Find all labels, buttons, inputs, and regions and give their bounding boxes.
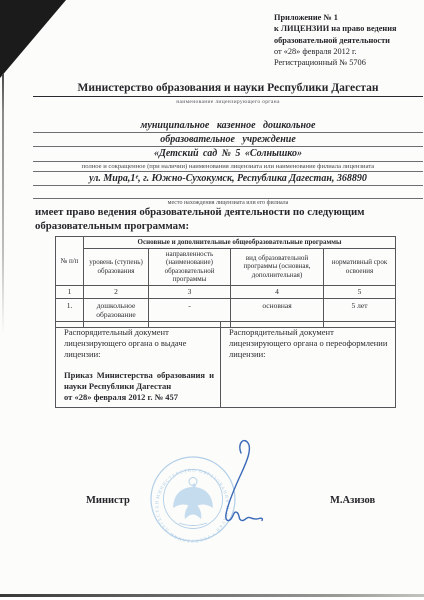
scan-corner-artifact	[0, 0, 66, 78]
orders-row: Распорядительный документ лицензирующего…	[56, 322, 396, 408]
licensee-name-caption: полное и сокращенное (при наличии) наиме…	[33, 162, 423, 173]
seal-banner	[179, 523, 207, 526]
licensee-name-line1: муниципальное казенное дошкольное	[33, 113, 423, 133]
annex-activity-line: образовательной деятельности	[274, 35, 420, 46]
table-row-column-numbers: 1 2 3 4 5	[56, 285, 396, 298]
minister-title: Министр	[86, 495, 130, 506]
col-number: 3	[149, 285, 231, 298]
annex-date: от «28» февраля 2012 г.	[274, 46, 420, 57]
issue-order-line3: от «28» февраля 2012 г. № 457	[64, 392, 214, 403]
seal-eagle-head	[192, 484, 196, 488]
issue-order-line2: науки Республики Дагестан	[64, 381, 214, 392]
col-header-orientation: направленность (наименование) образовате…	[149, 248, 231, 285]
col-header-level: уровень (ступень) образования	[84, 248, 149, 285]
issue-order-label: Распорядительный документ лицензирующего…	[64, 327, 214, 359]
col-number: 2	[84, 285, 149, 298]
ministry-caption: наименование лицензирующего органа	[33, 99, 423, 105]
license-annex-document: Приложение № 1 к ЛИЦЕНЗИИ на право веден…	[0, 0, 424, 600]
orders-table: Распорядительный документ лицензирующего…	[55, 321, 396, 408]
programs-table: № п/п Основные и дополнительные общеобра…	[55, 236, 396, 328]
table-row-group-header: № п/п Основные и дополнительные общеобра…	[56, 237, 396, 249]
ministry-title: Министерство образования и науки Республ…	[33, 82, 423, 97]
col-header-no: № п/п	[56, 237, 84, 286]
licensee-block: муниципальное казенное дошкольное образо…	[33, 113, 423, 208]
minister-name: М.Азизов	[330, 495, 375, 506]
annex-number: Приложение № 1	[274, 12, 420, 23]
official-seal-icon: МИНИСТЕРСТВО ОБРАЗОВАНИЯ И НАУКИ • РЕСПУ…	[138, 436, 288, 564]
seal-eagle-emblem	[173, 487, 213, 519]
col-header-type: вид образовательной программы (основная,…	[231, 248, 324, 285]
issue-order-cell: Распорядительный документ лицензирующего…	[56, 322, 221, 408]
reissue-order-cell: Распорядительный документ лицензирующего…	[221, 322, 396, 408]
table-group-header: Основные и дополнительные общеобразовате…	[84, 237, 396, 249]
licensee-name-line3: «Детский сад № 5 «Солнышко»	[33, 147, 423, 162]
reissue-order-label: Распорядительный документ лицензирующего…	[229, 327, 389, 359]
table-row-column-headers: уровень (ступень) образования направленн…	[56, 248, 396, 285]
licensee-name-line2: образовательное учреждение	[33, 133, 423, 147]
col-header-term: нормативный срок освоения	[324, 248, 396, 285]
licensee-address: ул. Мира,1ᵉ, г. Южно-Сухокумск, Республи…	[33, 172, 423, 186]
rights-statement: имеет право ведения образовательной деят…	[35, 206, 397, 233]
annex-reference-block: Приложение № 1 к ЛИЦЕНЗИИ на право веден…	[274, 12, 420, 68]
annex-registration-number: Регистрационный № 5706	[274, 57, 420, 68]
scan-left-edge-artifact	[2, 74, 4, 334]
issue-order-line1: Приказ Министерства образования и	[64, 370, 214, 381]
seal-and-signature: МИНИСТЕРСТВО ОБРАЗОВАНИЯ И НАУКИ • РЕСПУ…	[138, 436, 288, 564]
col-number: 1	[56, 285, 84, 298]
annex-license-line: к ЛИЦЕНЗИИ на право ведения	[274, 23, 420, 34]
col-number: 4	[231, 285, 324, 298]
empty-ruled-line	[33, 186, 423, 199]
col-number: 5	[324, 285, 396, 298]
